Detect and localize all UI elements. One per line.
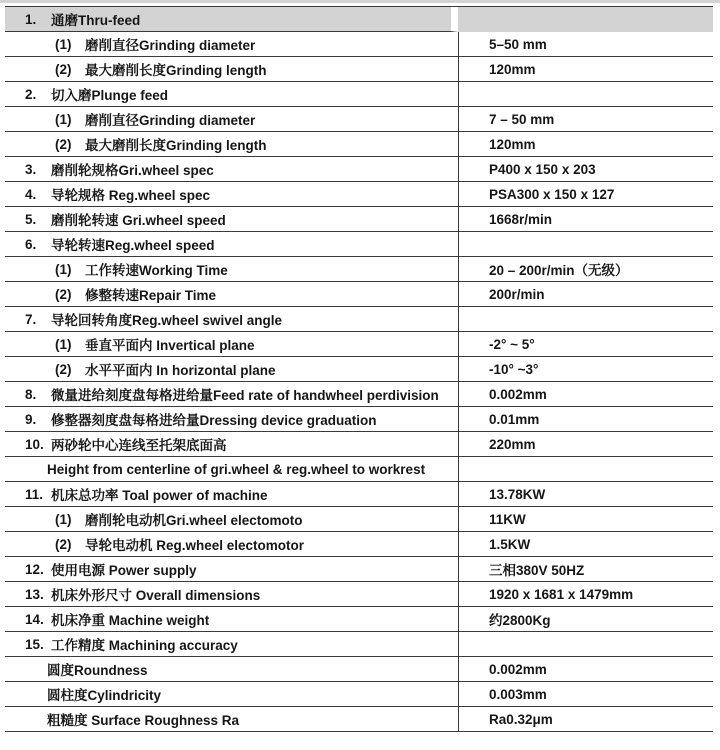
spec-table: 1.通磨Thru-feed(1)磨削直径Grinding diameter5–5… [5, 6, 713, 732]
table-row: 圆度Roundness0.002mm [5, 657, 713, 682]
table-row: 4.导轮规格 Reg.wheel specPSA300 x 150 x 127 [5, 182, 713, 207]
row-label: 两砂轮中心连线至托架底面高 [51, 434, 227, 454]
spec-name-cell: 12.使用电源 Power supply [5, 557, 458, 581]
row-label: 磨削直径Grinding diameter [85, 34, 255, 54]
spec-value-cell: 1920 x 1681 x 1479mm [458, 582, 713, 606]
spec-name-cell: (1)磨削直径Grinding diameter [5, 32, 458, 56]
table-row: (1)磨削轮电动机Gri.wheel electomoto11KW [5, 507, 713, 532]
row-value: 三相380V 50HZ [489, 559, 584, 579]
spec-name-cell: 14.机床净重 Machine weight [5, 607, 458, 631]
row-number: (2) [55, 287, 85, 302]
row-number: (1) [55, 112, 85, 127]
spec-value-cell: 约2800Kg [458, 607, 713, 631]
spec-name-cell: 粗糙度 Surface Roughness Ra [5, 707, 458, 731]
row-label: 磨削轮规格Gri.wheel spec [51, 159, 214, 179]
spec-value-cell: 120mm [458, 132, 713, 156]
spec-value-cell: 0.01mm [458, 407, 713, 431]
row-number: 11. [25, 487, 51, 502]
spec-value-cell: 7 – 50 mm [458, 107, 713, 131]
row-value: 0.003mm [489, 687, 547, 702]
spec-value-cell: 三相380V 50HZ [458, 557, 713, 581]
row-label: 修整转速Repair Time [85, 284, 216, 304]
spec-name-cell: 5.磨削轮转速 Gri.wheel speed [5, 207, 458, 231]
spec-value-cell: PSA300 x 150 x 127 [458, 182, 713, 206]
row-label: 磨削直径Grinding diameter [85, 109, 255, 129]
row-number: (2) [55, 362, 85, 377]
table-row: (1)磨削直径Grinding diameter5–50 mm [5, 32, 713, 57]
spec-name-cell: 7.导轮回转角度Reg.wheel swivel angle [5, 307, 458, 331]
spec-name-cell: 10.两砂轮中心连线至托架底面高 [5, 432, 458, 456]
spec-name-cell: (2)导轮电动机 Reg.wheel electomotor [5, 532, 458, 556]
table-row: 11.机床总功率 Toal power of machine13.78KW [5, 482, 713, 507]
table-row: (2)导轮电动机 Reg.wheel electomotor1.5KW [5, 532, 713, 557]
row-label: 磨削轮转速 Gri.wheel speed [51, 209, 226, 229]
spec-name-cell: 9.修整器刻度盘每格进给量Dressing device graduation [5, 407, 458, 431]
table-row: 7.导轮回转角度Reg.wheel swivel angle [5, 307, 713, 332]
row-label: 最大磨削长度Grinding length [85, 134, 267, 154]
spec-name-cell: 2.切入磨Plunge feed [5, 82, 458, 106]
table-row: 3.磨削轮规格Gri.wheel specP400 x 150 x 203 [5, 157, 713, 182]
row-label: 工作转速Working Time [85, 259, 228, 279]
spec-name-cell: 3.磨削轮规格Gri.wheel spec [5, 157, 458, 181]
table-row: 6.导轮转速Reg.wheel speed [5, 232, 713, 257]
row-value: 13.78KW [489, 487, 545, 502]
table-row: 8.微量进给刻度盘每格进给量Feed rate of handwheel per… [5, 382, 713, 407]
row-number: 15. [25, 637, 51, 652]
row-value: 5–50 mm [489, 37, 547, 52]
row-label: 最大磨削长度Grinding length [85, 59, 267, 79]
spec-name-cell: Height from centerline of gri.wheel & re… [5, 457, 458, 481]
row-label: 修整器刻度盘每格进给量Dressing device graduation [51, 409, 377, 429]
row-value: Ra0.32μm [489, 712, 553, 727]
table-row: 1.通磨Thru-feed [5, 7, 713, 32]
table-row: 5.磨削轮转速 Gri.wheel speed1668r/min [5, 207, 713, 232]
top-strip [0, 0, 720, 3]
row-number: (2) [55, 137, 85, 152]
spec-name-cell: 13.机床外形尺寸 Overall dimensions [5, 582, 458, 606]
row-label: 导轮规格 Reg.wheel spec [51, 184, 210, 204]
row-label: 垂直平面内 Invertical plane [85, 334, 255, 354]
row-number: 9. [25, 412, 51, 427]
spec-value-cell [458, 82, 713, 106]
spec-value-cell: 120mm [458, 57, 713, 81]
row-number: 12. [25, 562, 51, 577]
row-label: 导轮回转角度Reg.wheel swivel angle [51, 309, 282, 329]
spec-name-cell: 1.通磨Thru-feed [5, 7, 458, 32]
row-value: 1.5KW [489, 537, 530, 552]
spec-value-cell: P400 x 150 x 203 [458, 157, 713, 181]
spec-value-cell: 0.003mm [458, 682, 713, 706]
spec-name-cell: 11.机床总功率 Toal power of machine [5, 482, 458, 506]
spec-value-cell [458, 307, 713, 331]
row-number: 2. [25, 87, 51, 102]
row-value: -2° ~ 5° [489, 337, 535, 352]
table-row: 10.两砂轮中心连线至托架底面高220mm [5, 432, 713, 457]
row-number: 3. [25, 162, 51, 177]
spec-name-cell: 6.导轮转速Reg.wheel speed [5, 232, 458, 256]
row-value: 1920 x 1681 x 1479mm [489, 587, 633, 602]
spec-name-cell: (1)磨削直径Grinding diameter [5, 107, 458, 131]
row-number: 5. [25, 212, 51, 227]
row-number: 14. [25, 612, 51, 627]
row-label: 机床净重 Machine weight [51, 609, 209, 629]
spec-name-cell: 圆柱度Cylindricity [5, 682, 458, 706]
spec-name-cell: 圆度Roundness [5, 657, 458, 681]
table-row: 14.机床净重 Machine weight约2800Kg [5, 607, 713, 632]
table-row: 13.机床外形尺寸 Overall dimensions1920 x 1681 … [5, 582, 713, 607]
spec-value-cell: Ra0.32μm [458, 707, 713, 731]
spec-name-cell: 4.导轮规格 Reg.wheel spec [5, 182, 458, 206]
row-value: -10° ~3° [489, 362, 538, 377]
table-row: 12.使用电源 Power supply三相380V 50HZ [5, 557, 713, 582]
row-value: 约2800Kg [489, 609, 551, 629]
table-row: (2)水平平面内 In horizontal plane-10° ~3° [5, 357, 713, 382]
spec-name-cell: (1)磨削轮电动机Gri.wheel electomoto [5, 507, 458, 531]
row-number: (2) [55, 62, 85, 77]
spec-value-cell: 1.5KW [458, 532, 713, 556]
row-value: 11KW [489, 512, 526, 527]
spec-value-cell [458, 457, 713, 481]
spec-name-cell: (2)水平平面内 In horizontal plane [5, 357, 458, 381]
row-label: 粗糙度 Surface Roughness Ra [47, 709, 239, 729]
row-label: 机床外形尺寸 Overall dimensions [51, 584, 260, 604]
row-label: 磨削轮电动机Gri.wheel electomoto [85, 509, 303, 529]
spec-value-cell: 220mm [458, 432, 713, 456]
row-value: 1668r/min [489, 212, 552, 227]
table-row: (2)最大磨削长度Grinding length120mm [5, 57, 713, 82]
row-label: 水平平面内 In horizontal plane [85, 359, 276, 379]
row-value: 200r/min [489, 287, 545, 302]
spec-name-cell: (2)修整转速Repair Time [5, 282, 458, 306]
row-number: 8. [25, 387, 51, 402]
row-label: 使用电源 Power supply [51, 559, 197, 579]
row-value: 7 – 50 mm [489, 112, 554, 127]
row-number: 10. [25, 437, 51, 452]
row-label: 微量进给刻度盘每格进给量Feed rate of handwheel perdi… [51, 384, 439, 404]
table-row: (2)修整转速Repair Time200r/min [5, 282, 713, 307]
row-label: 通磨Thru-feed [51, 9, 140, 29]
row-value: 0.002mm [489, 387, 547, 402]
row-label: 圆度Roundness [47, 659, 148, 679]
spec-value-cell: 11KW [458, 507, 713, 531]
spec-value-cell: 13.78KW [458, 482, 713, 506]
table-row: Height from centerline of gri.wheel & re… [5, 457, 713, 482]
row-label: 机床总功率 Toal power of machine [51, 484, 268, 504]
row-value: 120mm [489, 62, 536, 77]
table-row: 粗糙度 Surface Roughness RaRa0.32μm [5, 707, 713, 732]
row-value: 20 – 200r/min（无级） [489, 259, 629, 279]
spec-value-cell [458, 632, 713, 656]
row-number: 1. [25, 12, 51, 27]
row-number: 13. [25, 587, 51, 602]
spec-value-cell: 200r/min [458, 282, 713, 306]
table-row: (2)最大磨削长度Grinding length120mm [5, 132, 713, 157]
spec-value-cell: -10° ~3° [458, 357, 713, 381]
table-row: 圆柱度Cylindricity0.003mm [5, 682, 713, 707]
spec-name-cell: 8.微量进给刻度盘每格进给量Feed rate of handwheel per… [5, 382, 458, 406]
spec-value-cell: 5–50 mm [458, 32, 713, 56]
spec-value-cell [458, 7, 713, 32]
row-number: 7. [25, 312, 51, 327]
table-row: (1)磨削直径Grinding diameter7 – 50 mm [5, 107, 713, 132]
row-number: 4. [25, 187, 51, 202]
spec-name-cell: (1)垂直平面内 Invertical plane [5, 332, 458, 356]
row-number: 6. [25, 237, 51, 252]
spec-value-cell: -2° ~ 5° [458, 332, 713, 356]
row-value: 220mm [489, 437, 536, 452]
spec-value-cell: 1668r/min [458, 207, 713, 231]
row-number: (2) [55, 537, 85, 552]
table-row: 9.修整器刻度盘每格进给量Dressing device graduation0… [5, 407, 713, 432]
row-label: 工作精度 Machining accuracy [51, 634, 238, 654]
spec-value-cell: 0.002mm [458, 657, 713, 681]
row-value: 0.002mm [489, 662, 547, 677]
spec-name-cell: (1)工作转速Working Time [5, 257, 458, 281]
row-label: 切入磨Plunge feed [51, 84, 168, 104]
spec-value-cell [458, 232, 713, 256]
row-label: 导轮转速Reg.wheel speed [51, 234, 215, 254]
row-number: (1) [55, 37, 85, 52]
spec-value-cell: 20 – 200r/min（无级） [458, 257, 713, 281]
row-label: 圆柱度Cylindricity [47, 684, 161, 704]
spec-name-cell: (2)最大磨削长度Grinding length [5, 57, 458, 81]
row-number: (1) [55, 512, 85, 527]
row-number: (1) [55, 337, 85, 352]
row-value: P400 x 150 x 203 [489, 162, 596, 177]
table-row: 2.切入磨Plunge feed [5, 82, 713, 107]
row-number: (1) [55, 262, 85, 277]
spec-name-cell: (2)最大磨削长度Grinding length [5, 132, 458, 156]
spec-value-cell: 0.002mm [458, 382, 713, 406]
table-row: 15.工作精度 Machining accuracy [5, 632, 713, 657]
row-label: Height from centerline of gri.wheel & re… [47, 462, 425, 477]
spec-name-cell: 15.工作精度 Machining accuracy [5, 632, 458, 656]
table-row: (1)垂直平面内 Invertical plane-2° ~ 5° [5, 332, 713, 357]
row-value: 0.01mm [489, 412, 539, 427]
row-label: 导轮电动机 Reg.wheel electomotor [85, 534, 304, 554]
table-row: (1)工作转速Working Time20 – 200r/min（无级） [5, 257, 713, 282]
row-value: PSA300 x 150 x 127 [489, 187, 614, 202]
row-value: 120mm [489, 137, 536, 152]
